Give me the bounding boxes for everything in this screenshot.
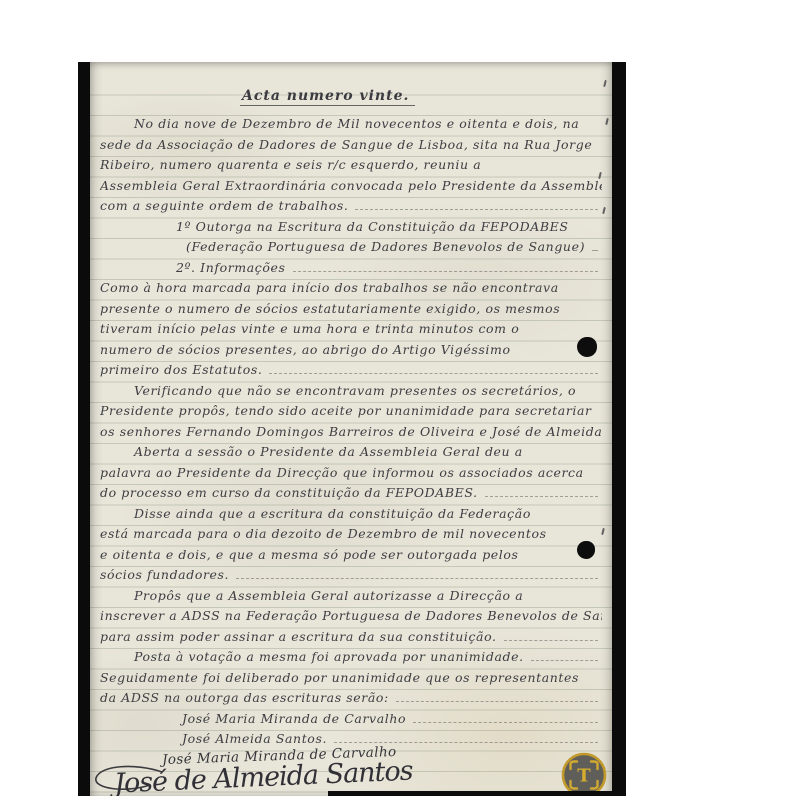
manuscript-line: tiveram início pelas vinte e uma hora e … — [100, 319, 602, 340]
manuscript-line: presente o numero de sócios estatutariam… — [100, 299, 602, 320]
manuscript-line: Assembleia Geral Extraordinária convocad… — [100, 176, 602, 197]
scan-edge-bottom — [328, 791, 626, 796]
manuscript-line: Aberta a sessão o Presidente da Assemble… — [100, 442, 602, 463]
ink-tick-mark — [605, 118, 609, 125]
manuscript-line: Propôs que a Assembleia Geral autorizass… — [100, 586, 602, 607]
manuscript-line: Como à hora marcada para início dos trab… — [100, 278, 602, 299]
manuscript-line: Posta à votação a mesma foi aprovada por… — [100, 647, 602, 668]
text-recognition-t-badge-icon[interactable]: T — [561, 752, 607, 796]
manuscript-line: palavra ao Presidente da Direcção que in… — [100, 463, 602, 484]
scan-viewer-canvas: Acta numero vinte. No dia nove de Dezemb… — [0, 0, 800, 800]
manuscript-line: primeiro dos Estatutos. — [100, 360, 602, 381]
manuscript-line: e oitenta e dois, e que a mesma só pode … — [100, 545, 602, 566]
manuscript-line: Presidente propôs, tendo sido aceite por… — [100, 401, 602, 422]
manuscript-line: para assim poder assinar a escritura da … — [100, 627, 602, 648]
manuscript-line: está marcada para o dia dezoito de Dezem… — [100, 524, 602, 545]
hole-punch-dot — [577, 337, 597, 357]
ink-tick-mark — [603, 80, 607, 87]
dash-filler-rule — [269, 373, 598, 374]
manuscript-line: (Federação Portuguesa de Dadores Benevol… — [100, 237, 602, 258]
scanned-manuscript-page: Acta numero vinte. No dia nove de Dezemb… — [78, 62, 626, 796]
manuscript-body: No dia nove de Dezembro de Mil novecento… — [100, 114, 602, 750]
ink-tick-mark — [601, 528, 605, 535]
dash-filler-rule — [355, 209, 598, 210]
manuscript-line: do processo em curso da constituição da … — [100, 483, 602, 504]
dash-filler-rule — [531, 660, 598, 661]
manuscript-line: Seguidamente foi deliberado por unanimid… — [100, 668, 602, 689]
manuscript-line: No dia nove de Dezembro de Mil novecento… — [100, 114, 602, 135]
manuscript-line: sede da Associação de Dadores de Sangue … — [100, 135, 602, 156]
dash-filler-rule — [396, 701, 598, 702]
manuscript-paper: Acta numero vinte. No dia nove de Dezemb… — [90, 62, 612, 796]
scan-edge-right — [612, 62, 626, 796]
manuscript-line: Ribeiro, numero quarenta e seis r/c esqu… — [100, 155, 602, 176]
dash-filler-rule — [413, 722, 598, 723]
dash-filler-rule — [504, 640, 598, 641]
manuscript-line: Verificando que não se encontravam prese… — [100, 381, 602, 402]
manuscript-line: numero de sócios presentes, ao abrigo do… — [100, 340, 602, 361]
manuscript-line: Disse ainda que a escritura da constitui… — [100, 504, 602, 525]
manuscript-line: José Maria Miranda de Carvalho — [100, 709, 602, 730]
scan-edge-left — [78, 62, 90, 796]
hole-punch-dot — [577, 541, 595, 559]
badge-letter: T — [577, 766, 591, 787]
manuscript-line: 2º. Informações — [100, 258, 602, 279]
acta-title: Acta numero vinte. — [240, 88, 415, 106]
dash-filler-rule — [485, 496, 598, 497]
ink-tick-mark — [602, 207, 606, 214]
manuscript-line: sócios fundadores. — [100, 565, 602, 586]
dash-filler-rule — [236, 578, 598, 579]
manuscript-line: inscrever a ADSS na Federação Portuguesa… — [100, 606, 602, 627]
manuscript-line: os senhores Fernando Domingos Barreiros … — [100, 422, 602, 443]
manuscript-line: da ADSS na outorga das escrituras serão: — [100, 688, 602, 709]
dash-filler-rule — [293, 271, 598, 272]
dash-filler-rule — [334, 742, 598, 743]
dash-filler-rule — [592, 250, 598, 251]
manuscript-line: 1º Outorga na Escritura da Constituição … — [100, 217, 602, 238]
manuscript-line: com a seguinte ordem de trabalhos. — [100, 196, 602, 217]
